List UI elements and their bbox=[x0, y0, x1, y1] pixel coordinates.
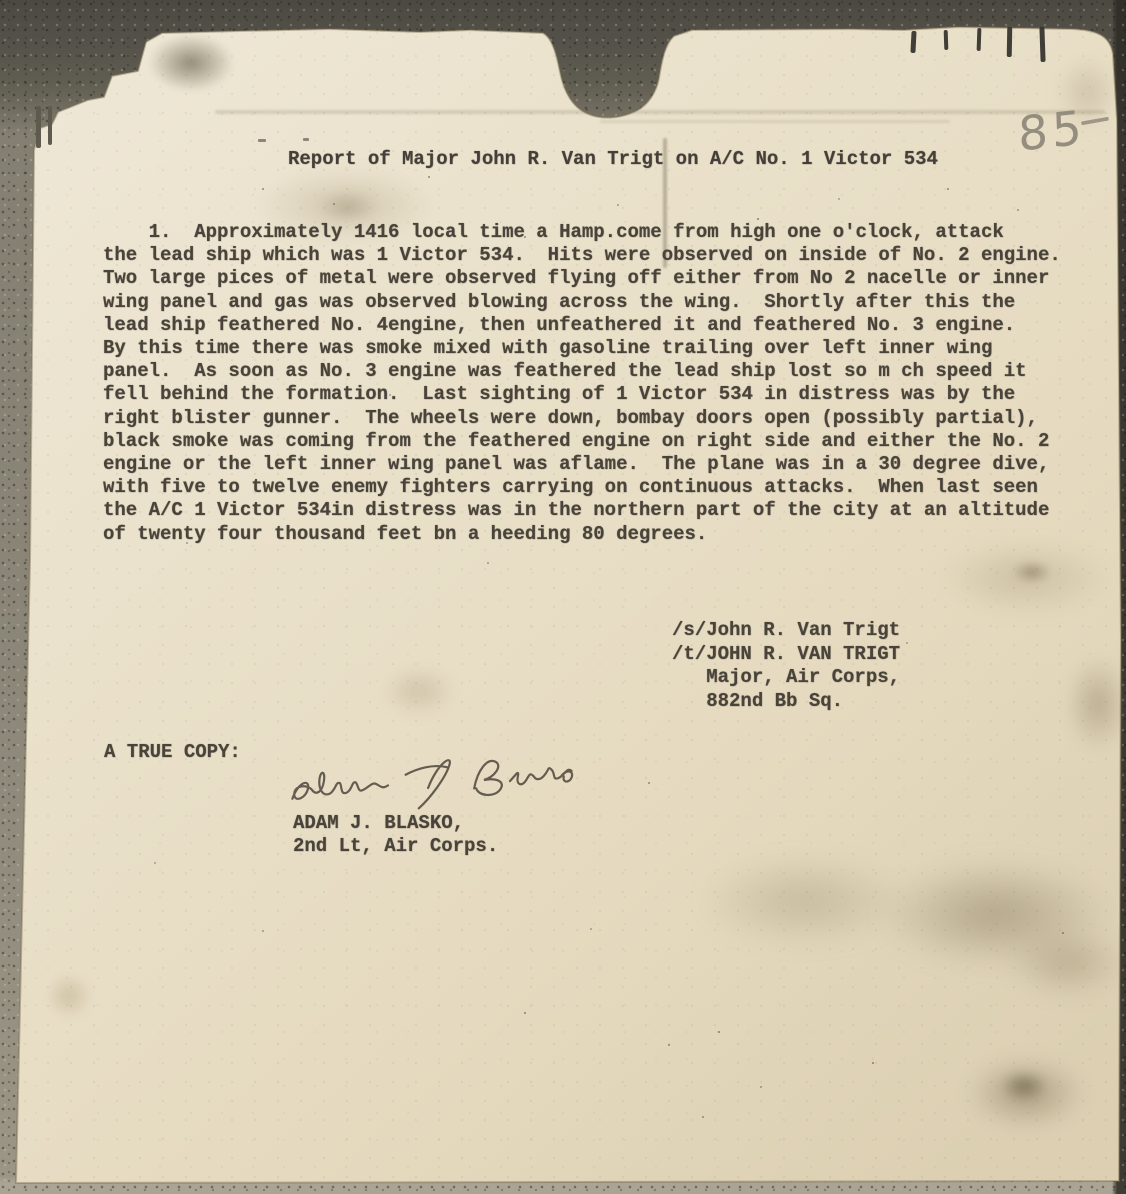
scanned-document-page: Report of Major John R. Van Trigt on A/C… bbox=[0, 0, 1126, 1194]
paper-grain bbox=[20, 30, 1116, 1180]
handwritten-page-number: 85 bbox=[1017, 100, 1086, 162]
handwritten-signature: Adam J Blasko bbox=[277, 745, 579, 825]
paper-specks bbox=[0, 0, 2, 2]
